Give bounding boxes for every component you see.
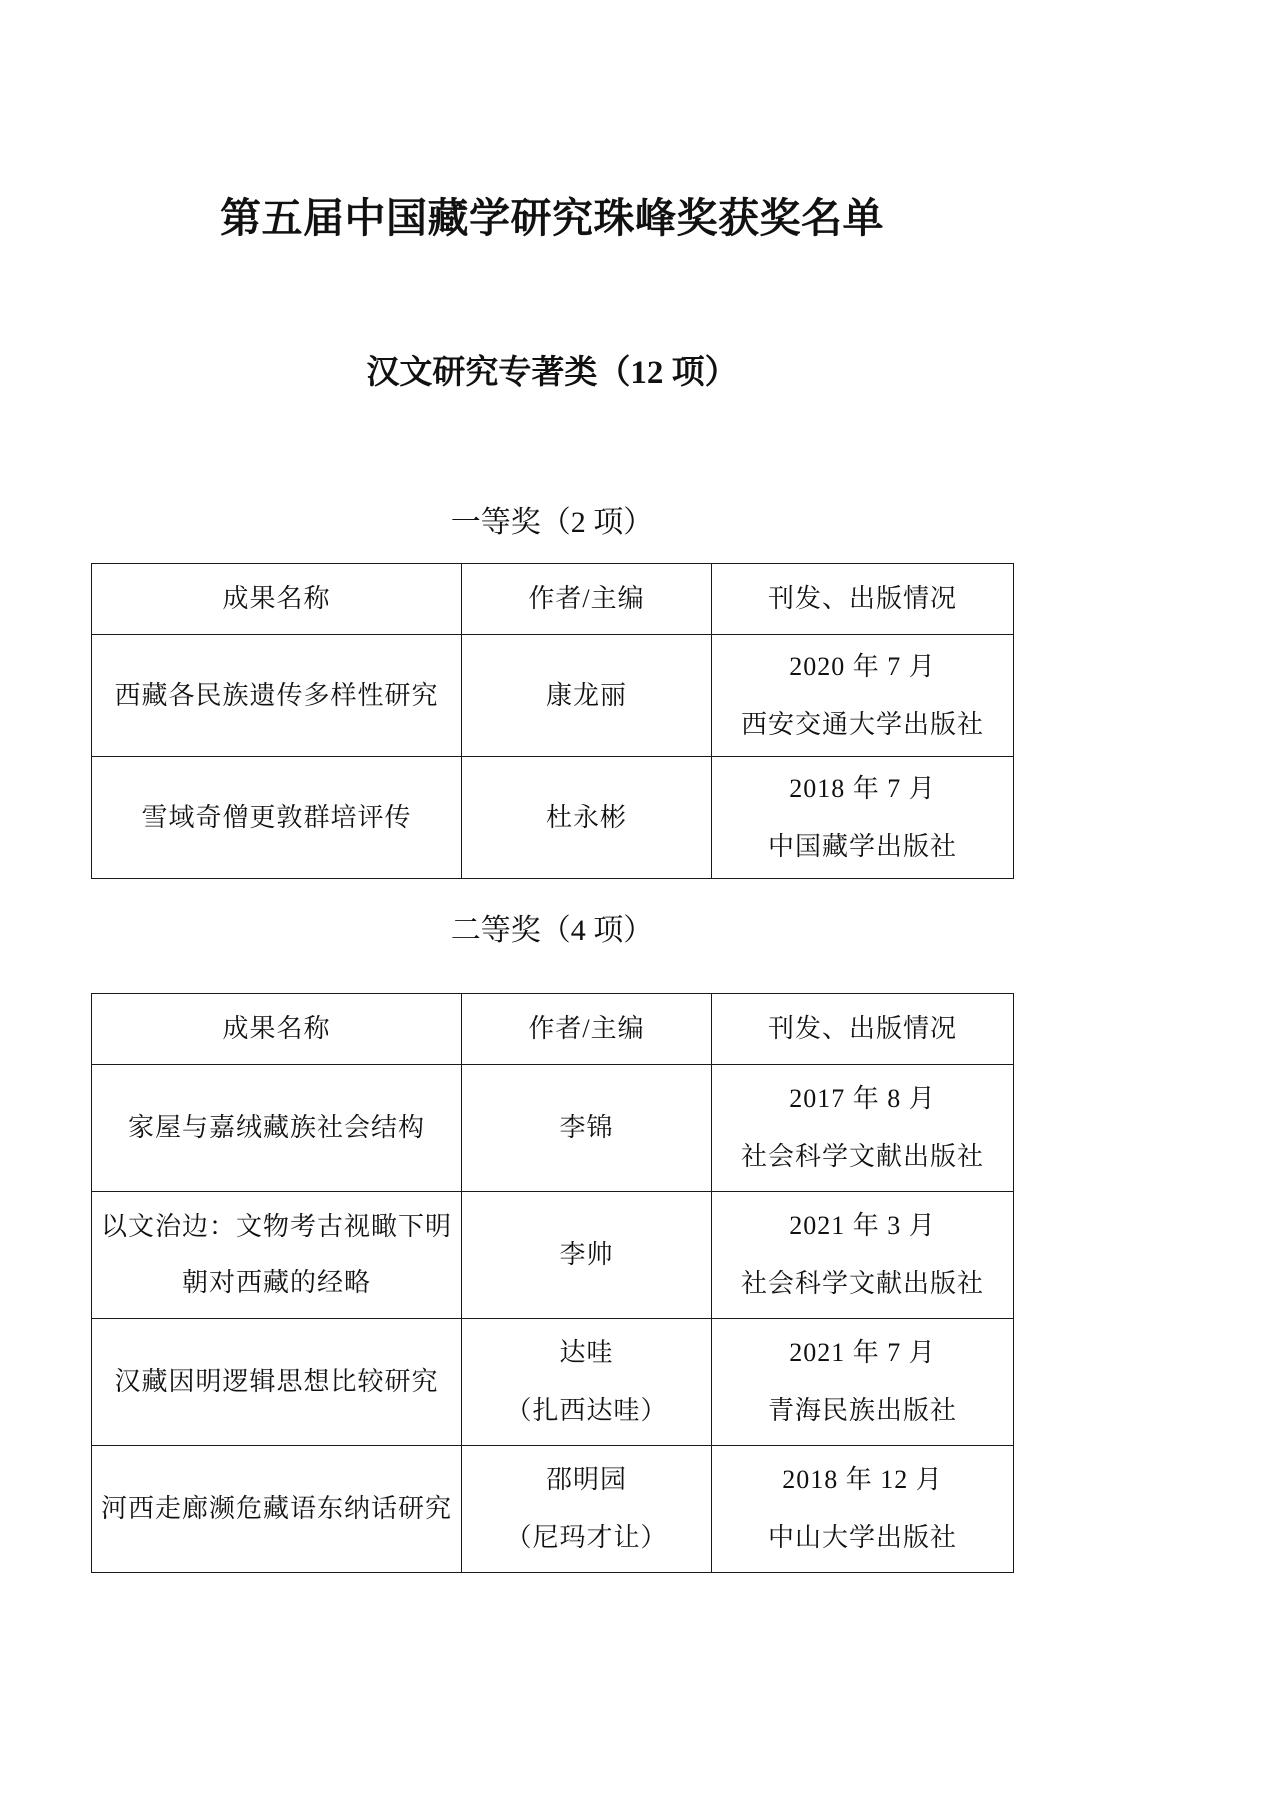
table-row: 雪域奇僧更敦群培评传 杜永彬 2018 年 7 月中国藏学出版社 (92, 757, 1014, 879)
column-header-author: 作者/主编 (462, 994, 712, 1065)
publication-cell: 2020 年 7 月西安交通大学出版社 (712, 635, 1014, 757)
column-header-name: 成果名称 (92, 564, 462, 635)
second-prize-table: 成果名称 作者/主编 刊发、出版情况 家屋与嘉绒藏族社会结构 李锦 2017 年… (91, 993, 1014, 1573)
work-name-cell: 河西走廊濒危藏语东纳话研究 (92, 1446, 462, 1573)
section-heading-first-prize: 一等奖（2 项） (91, 500, 1013, 546)
table-header-row: 成果名称 作者/主编 刊发、出版情况 (92, 564, 1014, 635)
publication-cell: 2018 年 12 月中山大学出版社 (712, 1446, 1014, 1573)
column-header-publication: 刊发、出版情况 (712, 994, 1014, 1065)
table-header-row: 成果名称 作者/主编 刊发、出版情况 (92, 994, 1014, 1065)
author-cell: 达哇（扎西达哇） (462, 1319, 712, 1446)
work-name-cell: 汉藏因明逻辑思想比较研究 (92, 1319, 462, 1446)
column-header-name: 成果名称 (92, 994, 462, 1065)
publication-cell: 2017 年 8 月社会科学文献出版社 (712, 1065, 1014, 1192)
table-row: 家屋与嘉绒藏族社会结构 李锦 2017 年 8 月社会科学文献出版社 (92, 1065, 1014, 1192)
publication-cell: 2021 年 3 月社会科学文献出版社 (712, 1192, 1014, 1319)
table-row: 汉藏因明逻辑思想比较研究 达哇（扎西达哇） 2021 年 7 月青海民族出版社 (92, 1319, 1014, 1446)
publication-cell: 2018 年 7 月中国藏学出版社 (712, 757, 1014, 879)
author-cell: 康龙丽 (462, 635, 712, 757)
author-cell: 邵明园（尼玛才让） (462, 1446, 712, 1573)
work-name-cell: 家屋与嘉绒藏族社会结构 (92, 1065, 462, 1192)
first-prize-table: 成果名称 作者/主编 刊发、出版情况 西藏各民族遗传多样性研究 康龙丽 2020… (91, 563, 1014, 879)
category-heading: 汉文研究专著类（12 项） (91, 348, 1013, 398)
publication-cell: 2021 年 7 月青海民族出版社 (712, 1319, 1014, 1446)
page-content: 第五届中国藏学研究珠峰奖获奖名单 汉文研究专著类（12 项） 一等奖（2 项） … (91, 0, 1013, 1809)
author-cell: 李帅 (462, 1192, 712, 1319)
work-name-cell: 雪域奇僧更敦群培评传 (92, 757, 462, 879)
table-row: 西藏各民族遗传多样性研究 康龙丽 2020 年 7 月西安交通大学出版社 (92, 635, 1014, 757)
column-header-publication: 刊发、出版情况 (712, 564, 1014, 635)
author-cell: 杜永彬 (462, 757, 712, 879)
section-heading-second-prize: 二等奖（4 项） (91, 908, 1013, 954)
work-name-cell: 以文治边：文物考古视瞰下明朝对西藏的经略 (92, 1192, 462, 1319)
document-title: 第五届中国藏学研究珠峰奖获奖名单 (91, 188, 1013, 248)
author-cell: 李锦 (462, 1065, 712, 1192)
work-name-cell: 西藏各民族遗传多样性研究 (92, 635, 462, 757)
table-row: 以文治边：文物考古视瞰下明朝对西藏的经略 李帅 2021 年 3 月社会科学文献… (92, 1192, 1014, 1319)
document-page: 第五届中国藏学研究珠峰奖获奖名单 汉文研究专著类（12 项） 一等奖（2 项） … (0, 0, 1280, 1809)
column-header-author: 作者/主编 (462, 564, 712, 635)
table-row: 河西走廊濒危藏语东纳话研究 邵明园（尼玛才让） 2018 年 12 月中山大学出… (92, 1446, 1014, 1573)
